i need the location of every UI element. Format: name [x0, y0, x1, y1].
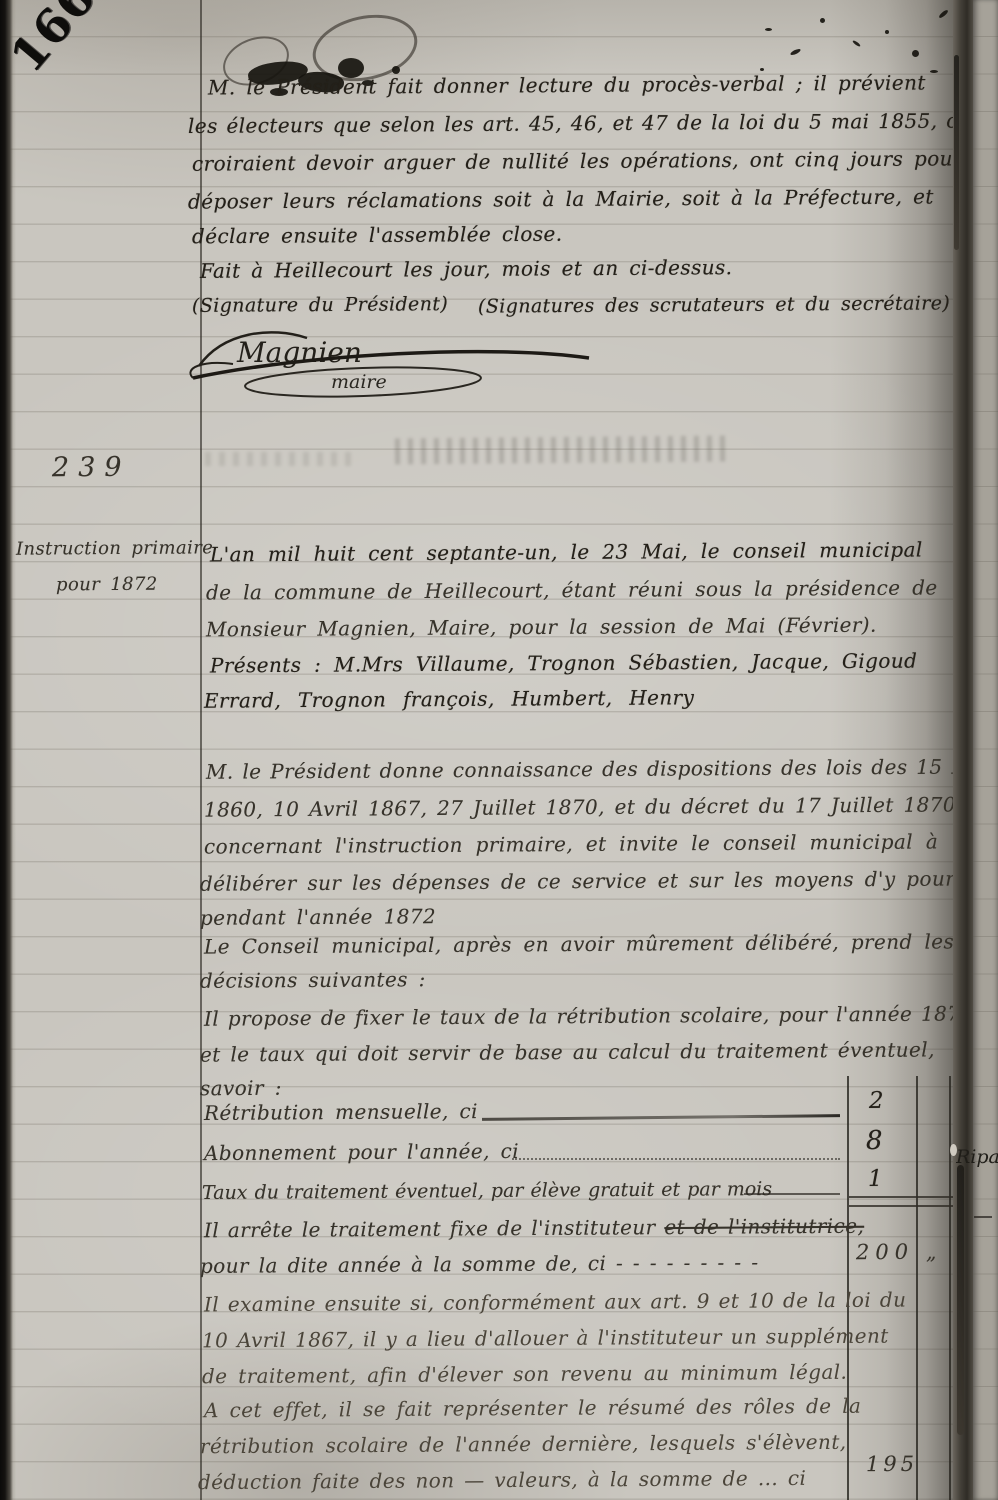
ink-bleed-smudge: [205, 452, 355, 466]
fold-ink-mark: [954, 55, 959, 250]
rate-value: 1: [868, 1166, 883, 1192]
signature-title: maire: [331, 371, 387, 393]
table-column-line-2: [916, 1076, 918, 1500]
handwritten-line: A cet effet, il se fait représenter le r…: [204, 1394, 861, 1423]
fold-ink-mark: [957, 1165, 964, 1435]
leader-line: [744, 1193, 840, 1195]
next-page-text-fragment: Ripa: [956, 1146, 998, 1176]
table-column-line-3: [949, 1076, 951, 1500]
handwritten-line: concernant l'instruction primaire, et in…: [204, 829, 938, 858]
handwritten-line: pour la dite année à la somme de, ci - -…: [200, 1250, 759, 1278]
handwritten-line: 10 Avril 1867, il y a lieu d'allouer à l…: [202, 1324, 889, 1353]
handwritten-line: et le taux qui doit servir de base au ca…: [200, 1037, 935, 1066]
signature-name: Magnien: [236, 336, 362, 369]
amount-value: 195: [866, 1452, 918, 1476]
handwritten-line: décisions suivantes :: [200, 967, 426, 993]
ink-blot: [765, 28, 772, 31]
handwritten-line: déduction faite des non — valeurs, à la …: [198, 1466, 806, 1494]
amount-cents: „: [926, 1240, 937, 1264]
next-page-ruled-lines: [973, 0, 998, 1500]
amount-value: 200: [856, 1240, 914, 1264]
rate-value: 8: [866, 1126, 883, 1156]
struck-text: et de l'institutrice,: [664, 1214, 864, 1239]
handwritten-line: Il examine ensuite si, conformément aux …: [204, 1288, 906, 1317]
entry-number: 239: [52, 452, 131, 484]
ink-blot: [885, 30, 889, 34]
handwritten-line: Il arrête le traitement fixe de l'instit…: [204, 1214, 864, 1243]
handwritten-line: Présents : M.Mrs Villaume, Trognon Sébas…: [210, 649, 917, 678]
signature-caption-scrutateurs: (Signatures des scrutateurs et du secrét…: [478, 292, 950, 317]
handwritten-line: Errard, Trognon françois, Humbert, Henry: [204, 685, 694, 712]
margin-note-line: Instruction primaire: [16, 537, 213, 559]
rate-row-label: Taux du traitement éventuel, par élève g…: [202, 1178, 772, 1204]
handwritten-line: déclare ensuite l'assemblée close.: [192, 222, 563, 249]
fixed-salary-text: Il arrête le traitement fixe de l'instit…: [204, 1215, 665, 1242]
handwritten-line: de traitement, afin d'élever son revenu …: [202, 1360, 847, 1389]
next-page-dash: [974, 1216, 992, 1218]
signature-caption-president: (Signature du Président): [192, 293, 448, 317]
left-scan-edge: [0, 0, 16, 1500]
table-sum-rule: [849, 1196, 959, 1207]
handwritten-line: de la commune de Heillecourt, étant réun…: [206, 575, 938, 604]
ink-blot: [760, 68, 764, 71]
rate-row-label: Rétribution mensuelle, ci: [204, 1099, 478, 1125]
handwritten-line: pendant l'année 1872: [200, 904, 436, 930]
handwritten-line: M. le Président fait donner lecture du p…: [208, 70, 926, 99]
ink-blot: [930, 70, 938, 73]
signature-flourish: Magnien maire: [185, 318, 605, 400]
ink-blot: [392, 66, 400, 74]
ink-blot: [912, 50, 919, 57]
handwritten-line: rétribution scolaire de l'année dernière…: [200, 1430, 847, 1459]
ink-blot: [820, 18, 825, 23]
rate-row-label: Abonnement pour l'année, ci: [204, 1139, 519, 1165]
ink-bleed-smudge: [395, 436, 725, 465]
handwritten-line: Monsieur Magnien, Maire, pour la session…: [206, 613, 877, 642]
handwritten-line: savoir :: [200, 1076, 282, 1101]
leader-line: [512, 1158, 840, 1160]
handwritten-line: L'an mil huit cent septante-un, le 23 Ma…: [210, 538, 923, 567]
register-page-scan: 166 M. le Président fait donner lecture …: [0, 0, 998, 1500]
handwritten-line: Fait à Heillecourt les jour, mois et an …: [200, 255, 733, 283]
next-page-edge: [973, 0, 998, 1500]
margin-note-line: pour 1872: [56, 574, 158, 596]
rate-value: 2: [869, 1088, 884, 1114]
